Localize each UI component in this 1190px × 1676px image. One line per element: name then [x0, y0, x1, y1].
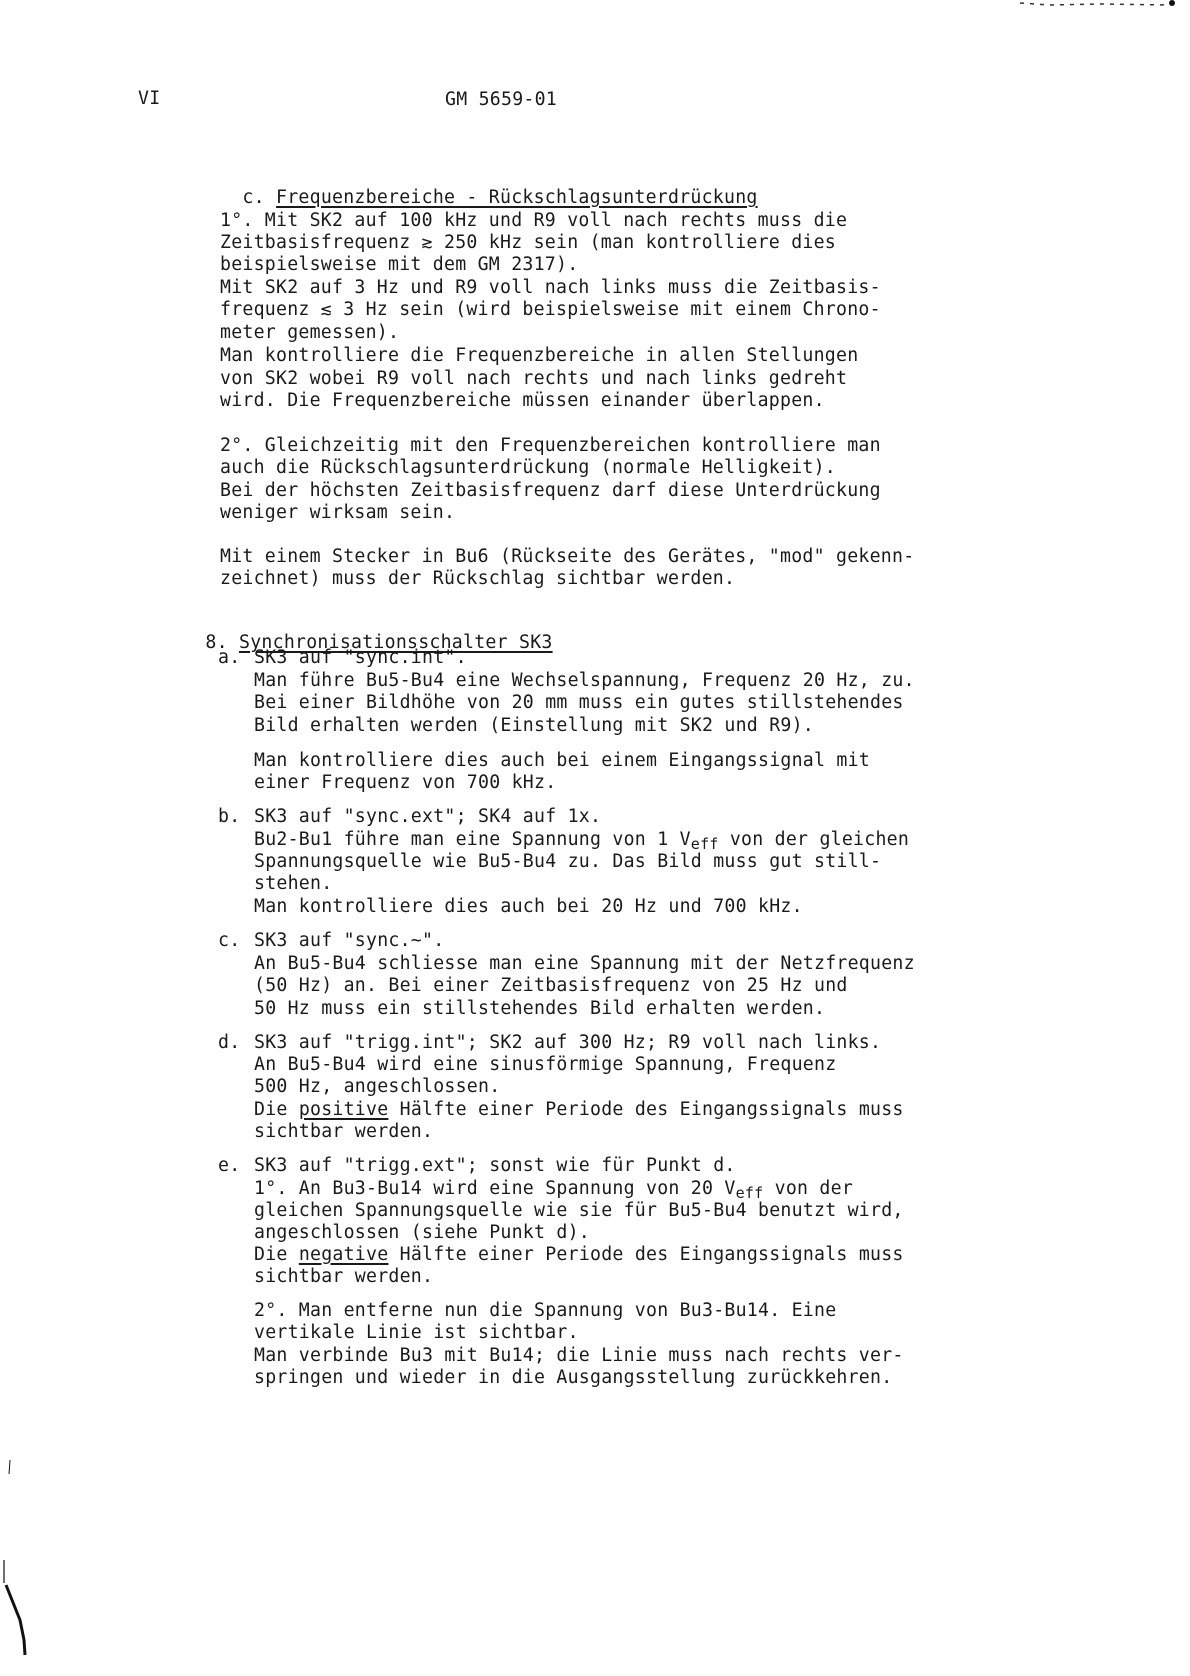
edge-mark — [9, 1460, 10, 1474]
scan-artifacts — [0, 0, 1190, 1676]
edge-mark — [1169, 0, 1175, 6]
edge-mark — [1020, 3, 1170, 5]
binding-mark — [6, 1585, 25, 1655]
